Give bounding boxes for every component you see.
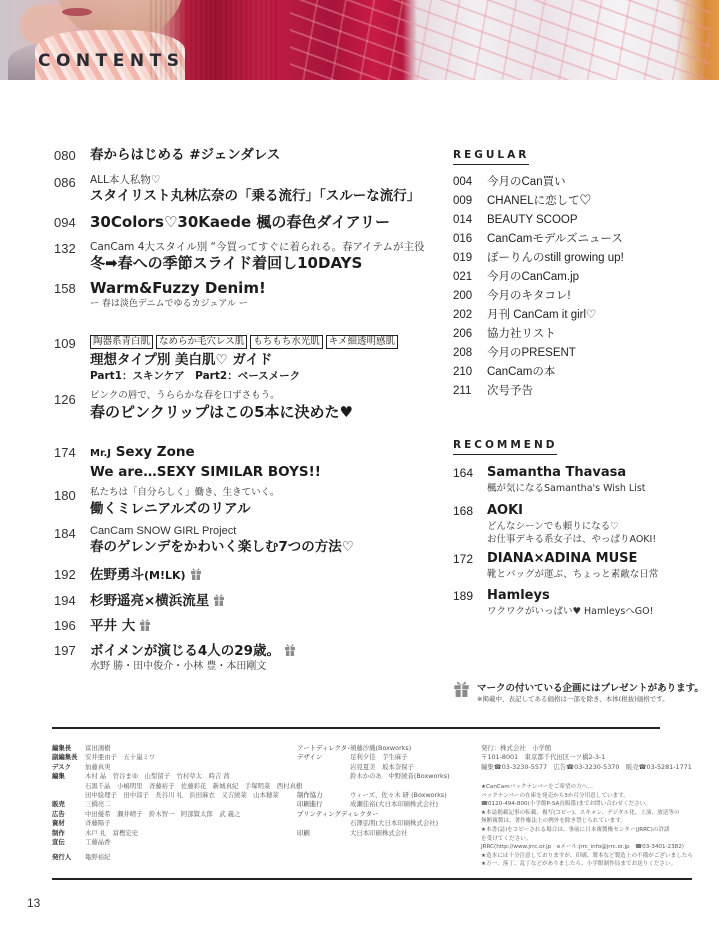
note-line: ★万一、落丁、乱丁などがありましたら、小学館制作局までお送りください。 <box>481 860 693 869</box>
recommend-title: AOKI <box>487 502 656 520</box>
banner-lips <box>62 8 92 16</box>
page-number: 184 <box>54 526 76 541</box>
page-number: 086 <box>54 175 76 190</box>
recommend-desc: 靴とバッグが運ぶ、ちょっと素敵な日常 <box>487 568 658 581</box>
feature-subtitle: Part1：スキンケア Part2：ベースメーク <box>90 369 420 383</box>
credit-name: 須藤沙織(Boxworks) <box>350 744 411 753</box>
regular-heading: REGULAR <box>453 149 529 165</box>
credit-name: 富田鴻樹 <box>85 744 111 753</box>
recommend-title: Hamleys <box>487 587 653 605</box>
credit-role <box>297 819 350 828</box>
page-number: 009 <box>453 193 472 209</box>
note-line: ★本誌掲載記事の転載、複写(コピー)、スキャン、デジタル化、上演、放送等の <box>481 809 693 818</box>
credits-design: アートディレクター須藤沙織(Boxworks) デザイン足利夕佳 芋生麻子 岩見… <box>297 744 450 838</box>
feature-kicker: 私たちは「自分らしく」働き、生きていく。 <box>90 486 420 500</box>
regular-item-label: 次号予告 <box>487 383 533 399</box>
gift-icon <box>213 593 225 606</box>
page-number: 014 <box>453 212 472 228</box>
credit-name: 木村 晶 菅谷まゆ 山梨留子 竹村草太 時吉 茜 <box>85 772 230 781</box>
note-line: バックナンバーの在庫を発売から3か月分用意しています。 <box>481 792 693 801</box>
credit-name: 田中絵理子 田中涼子 長谷川 礼 浜田麻衣 又吉綾菜 山本穂菜 <box>85 791 279 800</box>
recommend-title: Samantha Thavasa <box>487 464 646 482</box>
feature-title: 春のピンクリップはこの5本に決めた♥ <box>90 403 420 421</box>
page-number: 206 <box>453 326 472 342</box>
present-note-text: マークの付いている企画にはプレゼントがあります。 <box>477 680 704 694</box>
page-number: 189 <box>453 589 473 603</box>
header-banner-photo: CONTENTS <box>0 0 719 80</box>
regular-item-label: 今月のCan買い <box>487 174 566 190</box>
credit-role: 編集 <box>52 772 85 781</box>
skin-type-tags: 陶器系青白肌 なめらか毛穴レス肌 もちもち水光肌 キメ細透明感肌 <box>90 335 420 349</box>
note-line: ★本書(誌)をコピーされる場合は、事前に日本複製権センター(JRRC)の許諾 <box>481 826 693 835</box>
feature-subtitle: ー 春は淡色デニムでゆるカジュアル ー <box>90 297 420 311</box>
regular-item-label: 今月のCanCam.jp <box>487 269 579 285</box>
page-number: 126 <box>54 392 76 407</box>
feature-title: 佐野勇斗 <box>90 567 144 583</box>
page-number: 132 <box>54 241 76 256</box>
credit-name: 三橋亮二 <box>85 800 111 809</box>
note-line: ☎0120-494-800(小学館P-SA直販係)までお問い合わせください。 <box>481 800 693 809</box>
credit-name: 工藤晶香 <box>85 838 111 847</box>
feature-subtitle: 水野 勝・田中俊介・小林 豊・本田剛文 <box>90 660 420 674</box>
regular-item-label: CanCamモデルズニュース <box>487 231 623 247</box>
credit-role: 販売 <box>52 800 85 809</box>
regular-item-label: ぽーりんのstill growing up! <box>487 250 624 266</box>
feature-title: 働くミレニアルズのリアル <box>90 500 420 518</box>
publisher-phones: 編集☎03-3230-5577 広告☎03-3230-5370 販売☎03-52… <box>481 763 692 772</box>
credit-role: デスク <box>52 763 85 772</box>
credit-role: 制作協力 <box>297 791 350 800</box>
page-number: 021 <box>453 269 472 285</box>
feature-title-part: Sexy Zone <box>116 444 195 460</box>
credit-name: 石澤弘明(大日本印刷株式会社) <box>350 819 438 828</box>
page-number: 080 <box>54 148 76 163</box>
feature-title-suffix: (M!LK) <box>144 569 186 582</box>
price-note-text: ※掲載中、表記してある価格は一部を除き、本体(税抜)価格です。 <box>477 694 669 703</box>
feature-title: We are…SEXY SIMILAR BOYS!! <box>90 463 420 481</box>
credit-role: 印刷進行 <box>297 800 350 809</box>
note-line: ★CanCamバックナンバーをご希望の方へ… <box>481 783 693 792</box>
regular-item-label: CanCamの本 <box>487 364 555 380</box>
credit-name: 石黒千晶 小嶋明里 斉藤裕子 佐藤彩花 新城真紀 手塚明菜 西村真樹 <box>85 782 302 791</box>
publisher-address: 〒101-8001 東京都千代田区一ツ橋2-3-1 <box>481 753 692 762</box>
page-number-footer: 13 <box>27 896 40 910</box>
page-number: 109 <box>54 336 76 351</box>
credit-name: 大日本印刷株式会社 <box>350 829 408 838</box>
page-number: 197 <box>54 643 76 658</box>
page-number: 211 <box>453 383 471 399</box>
tag: もちもち水光肌 <box>250 335 323 349</box>
page-number: 158 <box>54 281 76 296</box>
recommend-desc: お仕事デキる系女子は、やっぱりAOKI! <box>487 533 656 546</box>
feature-lead: Mr.J <box>90 448 111 459</box>
page-title: CONTENTS <box>38 51 184 71</box>
credit-name: 加藤真実 <box>85 763 111 772</box>
publisher-line: 発行：株式会社 小学館 <box>481 744 692 753</box>
feature-title: 春からはじめる #ジェンダレス <box>90 146 420 164</box>
credit-role: 副編集長 <box>52 753 85 762</box>
gift-icon <box>284 643 296 656</box>
feature-title: Warm&Fuzzy Denim! <box>90 279 420 297</box>
regular-item-label: CHANELに恋して♡ <box>487 193 591 209</box>
credit-name: 木戸 礼 富樫宏史 <box>85 829 138 838</box>
feature-kicker: CanCam SNOW GIRL Project <box>90 524 420 538</box>
regular-item-label: 今月のキタコレ! <box>487 288 571 304</box>
credit-role <box>297 772 350 781</box>
credit-role: プリンティングディレクター <box>297 810 378 819</box>
credit-name: 安井亜由子 五十嵐ミワ <box>85 753 155 762</box>
feature-title: 平井 大 <box>90 618 135 634</box>
feature-kicker: ピンクの唇で、うららかな春を口ずさもう。 <box>90 389 420 403</box>
tag: なめらか毛穴レス肌 <box>156 335 247 349</box>
credit-role: 編集長 <box>52 744 85 753</box>
feature-title: 春のゲレンデをかわいく楽しむ7つの方法♡ <box>90 538 420 556</box>
credit-role: 宣伝 <box>52 838 85 847</box>
credit-role: アートディレクター <box>297 744 350 753</box>
tag: キメ細透明感肌 <box>326 335 398 349</box>
page-number: 200 <box>453 288 472 304</box>
credit-name: 斉藤陽子 <box>85 819 111 828</box>
page-number: 174 <box>54 445 76 460</box>
gift-icon <box>139 618 151 631</box>
gift-icon <box>453 680 470 697</box>
credit-role <box>297 763 350 772</box>
page-number: 196 <box>54 618 76 633</box>
page-number: 004 <box>453 174 472 190</box>
credit-role: デザイン <box>297 753 350 762</box>
feature-kicker: CanCam 4大スタイル別 “今買ってすぐに着られる。春アイテムが主役 <box>90 240 420 254</box>
credit-role: 資材 <box>52 819 85 828</box>
page-number: 202 <box>453 307 472 323</box>
recommend-title: DIANA×ADINA MUSE <box>487 550 658 568</box>
page-number: 094 <box>54 215 76 230</box>
page-number: 210 <box>453 364 472 380</box>
credit-role <box>52 782 85 791</box>
page-number: 192 <box>54 567 76 582</box>
feature-title: 杉野遥亮×横浜流星 <box>90 593 209 609</box>
regular-item-label: 協力社リスト <box>487 326 556 342</box>
regular-item-label: BEAUTY SCOOP <box>487 212 578 228</box>
page-number: 194 <box>54 593 76 608</box>
page-number: 164 <box>453 466 473 480</box>
note-line: 無断複製は、著作権法上の例外を除き禁じられています。 <box>481 817 693 826</box>
credit-name: 岩見夏美 坂本奈保子 <box>350 763 414 772</box>
note-line: JRRC(http://www.jrrc.or.jp eメール:jrrc_inf… <box>481 843 693 852</box>
feature-kicker: ALL本人私物♡ <box>90 173 420 187</box>
regular-item-label: 月刊 CanCam it girl♡ <box>487 307 596 323</box>
page-number: 180 <box>54 488 76 503</box>
credit-role: 制作 <box>52 829 85 838</box>
credit-name: 中田優希 瀬井晴子 鈴木智一 阿部賢太郎 武 義之 <box>85 810 240 819</box>
banner-striped-fabric <box>290 0 710 80</box>
credit-name: 鈴木かのあ 中野綾音(Boxworks) <box>350 772 450 781</box>
divider <box>52 878 692 880</box>
credits-editorial: 編集長富田鴻樹 副編集長安井亜由子 五十嵐ミワ デスク加藤真実 編集木村 晶 菅… <box>52 744 302 863</box>
credits-publisher: 発行：株式会社 小学館 〒101-8001 東京都千代田区一ツ橋2-3-1 編集… <box>481 744 692 772</box>
page-number: 019 <box>453 250 472 266</box>
tag: 陶器系青白肌 <box>90 335 153 349</box>
gift-icon <box>190 567 202 580</box>
page-number: 016 <box>453 231 472 247</box>
feature-title: 30Colors♡30Kaede 楓の春色ダイアリー <box>90 213 420 231</box>
credit-name: 成瀬佳裕(大日本印刷株式会社) <box>350 800 438 809</box>
recommend-heading: RECOMMEND <box>453 439 557 455</box>
feature-title: 理想タイプ別 美白肌♡ ガイド <box>90 351 420 369</box>
credit-role: 印刷 <box>297 829 350 838</box>
feature-title: スタイリスト丸林広奈の「乗る流行」「スルーな流行」 <box>90 187 420 205</box>
credit-role: 広告 <box>52 810 85 819</box>
note-line: ★造本には十分注意しておりますが、印刷、製本など製造上の不備がございましたら <box>481 852 693 861</box>
page-number: 168 <box>453 504 473 518</box>
credit-name: ウィーズ、佐々木 研 (Boxworks) <box>350 791 447 800</box>
credits-notes: ★CanCamバックナンバーをご希望の方へ… バックナンバーの在庫を発売から3か… <box>481 783 693 869</box>
recommend-desc: 楓が気になるSamantha's Wish List <box>487 482 646 495</box>
credit-role: 発行人 <box>52 853 85 862</box>
feature-title: ボイメンが演じる4人の29歳。 <box>90 643 280 659</box>
divider <box>52 727 660 729</box>
credit-name: 足利夕佳 芋生麻子 <box>350 753 408 762</box>
page-number: 172 <box>453 552 473 566</box>
page-number: 208 <box>453 345 472 361</box>
note-line: を受けてください。 <box>481 835 693 844</box>
recommend-desc: どんなシーンでも頼りになる♡ <box>487 520 656 533</box>
recommend-desc: ワクワクがいっぱい♥ HamleysへGO! <box>487 605 653 618</box>
feature-title: 冬➡春への季節スライド着回し10DAYS <box>90 254 420 272</box>
credit-name: 亀野裕紀 <box>85 853 111 862</box>
regular-item-label: 今月のPRESENT <box>487 345 576 361</box>
